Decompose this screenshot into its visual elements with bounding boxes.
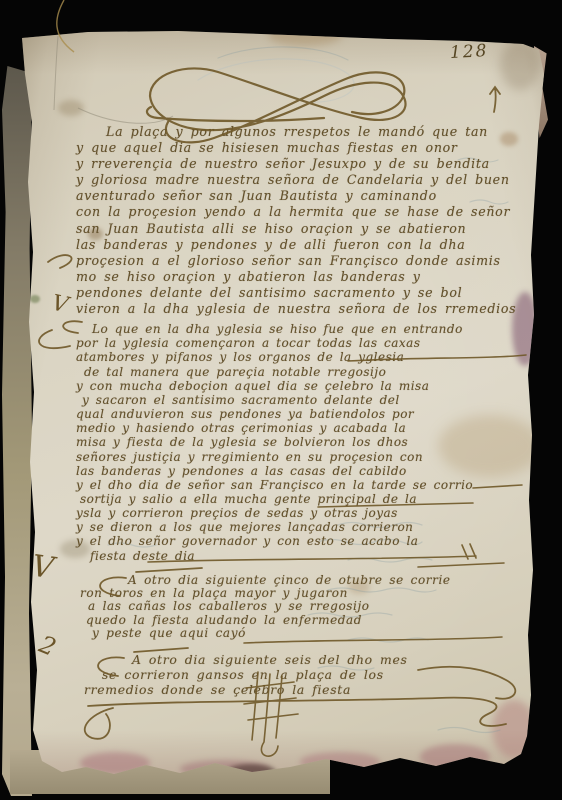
manuscript-scan-background: 128 La plaça y por algunos rrespetos le … xyxy=(0,0,562,800)
loose-thread xyxy=(0,0,562,800)
